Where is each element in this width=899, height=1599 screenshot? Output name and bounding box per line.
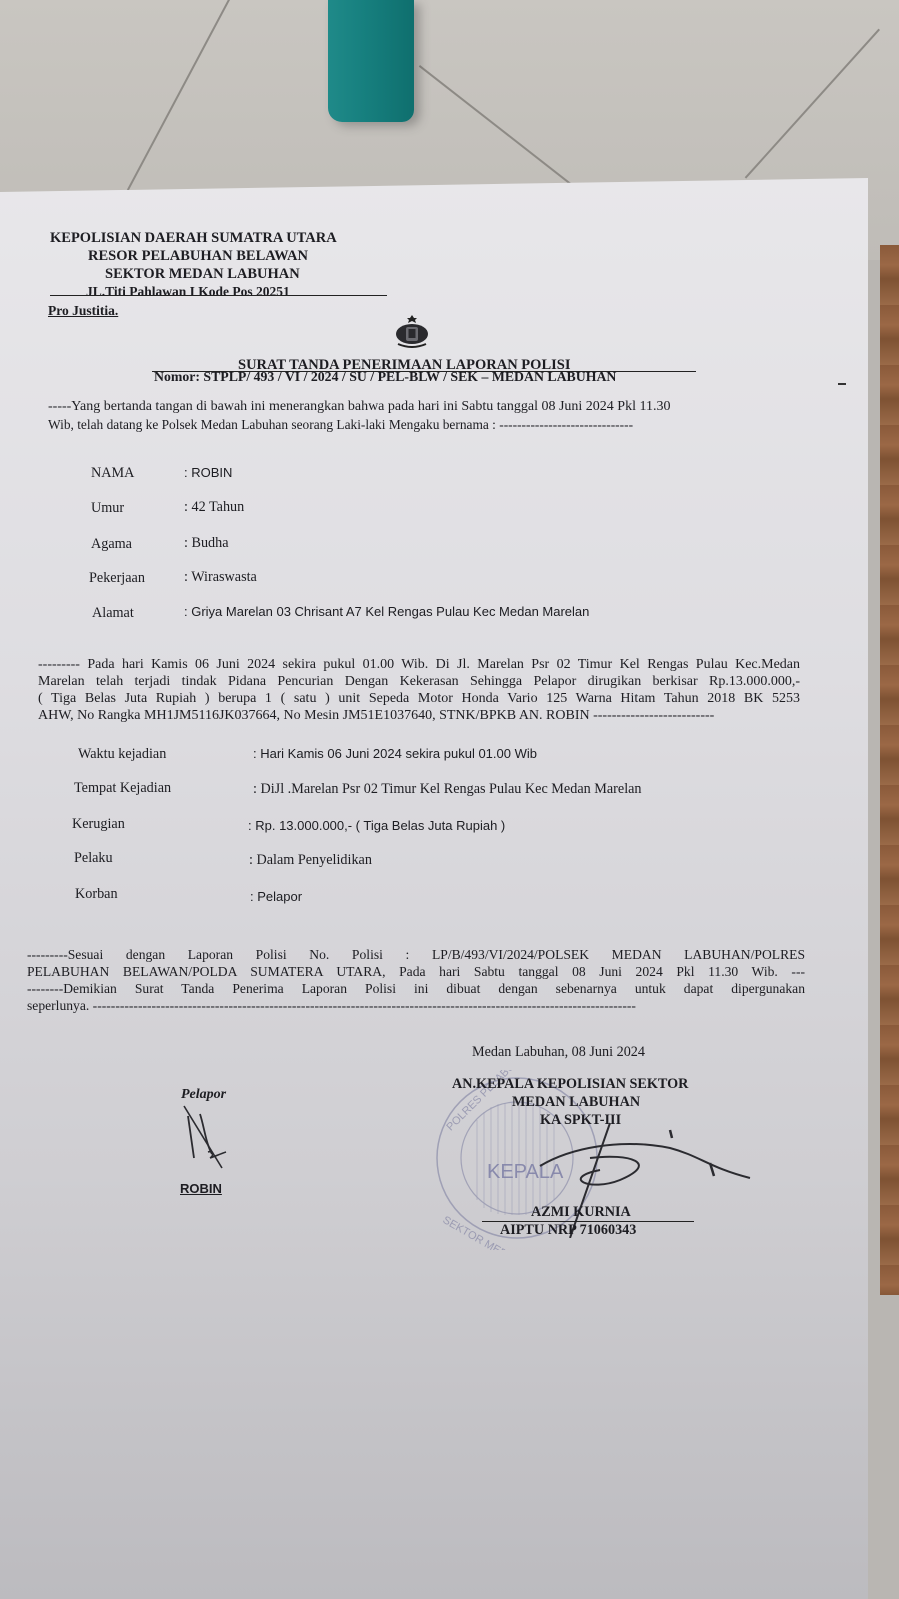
place-date: Medan Labuhan, 08 Juni 2024: [472, 1044, 645, 1061]
wooden-furniture-edge: [880, 245, 899, 1295]
field-value: : ROBIN: [184, 465, 232, 480]
field-value: : DiJl .Marelan Psr 02 Timur Kel Rengas …: [253, 781, 642, 798]
header-underline: [50, 295, 387, 296]
police-report-document: KEPOLISIAN DAERAH SUMATRA UTARA RESOR PE…: [0, 178, 868, 1599]
narrative-line: Marelan telah terjadi tindak Pidana Penc…: [38, 673, 800, 690]
intro-line-2: Wib, telah datang ke Polsek Medan Labuha…: [48, 417, 633, 433]
field-value: : Budha: [184, 535, 229, 552]
field-label: Agama: [91, 536, 132, 553]
closing-line: ---------Sesuai dengan Laporan Polisi No…: [27, 946, 805, 963]
field-label: Kerugian: [72, 816, 125, 833]
signatory-name: AZMI KURNIA: [531, 1204, 631, 1221]
intro-line-1: -----Yang bertanda tangan di bawah ini m…: [48, 399, 670, 415]
incident-narrative: --------- Pada hari Kamis 06 Juni 2024 s…: [38, 656, 800, 724]
header-line-2: RESOR PELABUHAN BELAWAN: [88, 248, 308, 265]
header-line-1: KEPOLISIAN DAERAH SUMATRA UTARA: [50, 230, 337, 247]
chair-leg: [328, 0, 414, 122]
pro-justitia: Pro Justitia.: [48, 303, 118, 319]
narrative-line: --------- Pada hari Kamis 06 Juni 2024 s…: [38, 656, 800, 673]
field-value: : Dalam Penyelidikan: [249, 852, 372, 869]
narrative-line: ( Tiga Belas Juta Rupiah ) berupa 1 ( sa…: [38, 690, 800, 707]
header-address: JL.Titi Pahlawan I Kode Pos 20251: [86, 284, 290, 300]
field-value: : Rp. 13.000.000,- ( Tiga Belas Juta Rup…: [248, 818, 505, 833]
field-value: : Wiraswasta: [184, 569, 257, 586]
field-value: : Griya Marelan 03 Chrisant A7 Kel Renga…: [184, 604, 589, 619]
closing-line: --------Demikian Surat Tanda Penerima La…: [27, 980, 805, 997]
signatory-rank-nrp: AIPTU NRP 71060343: [500, 1222, 636, 1239]
field-value: : Hari Kamis 06 Juni 2024 sekira pukul 0…: [253, 746, 537, 761]
field-label: Alamat: [92, 605, 134, 622]
field-label: Tempat Kejadian: [74, 780, 171, 797]
header-line-3: SEKTOR MEDAN LABUHAN: [105, 266, 300, 283]
field-label: Umur: [91, 500, 124, 517]
field-label: Pekerjaan: [89, 570, 145, 587]
reporter-sign-name: ROBIN: [180, 1181, 222, 1196]
closing-line: seperlunya. ----------------------------…: [27, 997, 805, 1014]
field-label: Korban: [75, 886, 118, 903]
police-emblem-icon: [393, 314, 431, 348]
field-label: Pelaku: [74, 850, 113, 867]
narrative-line: AHW, No Rangka MH1JM5116JK037664, No Mes…: [38, 707, 800, 724]
field-value: : Pelapor: [250, 889, 302, 904]
margin-mark: [838, 383, 846, 385]
reporter-signature: [180, 1096, 240, 1176]
signatory-line-2: MEDAN LABUHAN: [512, 1094, 640, 1111]
field-label: Waktu kejadian: [78, 746, 166, 763]
field-label: NAMA: [91, 465, 134, 482]
signatory-line-1: AN.KEPALA KEPOLISIAN SEKTOR: [452, 1076, 688, 1093]
field-value: : 42 Tahun: [184, 499, 244, 516]
closing-line: PELABUHAN BELAWAN/POLDA SUMATERA UTARA, …: [27, 963, 805, 980]
document-number: Nomor: STPLP/ 493 / VI / 2024 / SU / PEL…: [154, 369, 616, 385]
closing-paragraph: ---------Sesuai dengan Laporan Polisi No…: [27, 946, 805, 1014]
